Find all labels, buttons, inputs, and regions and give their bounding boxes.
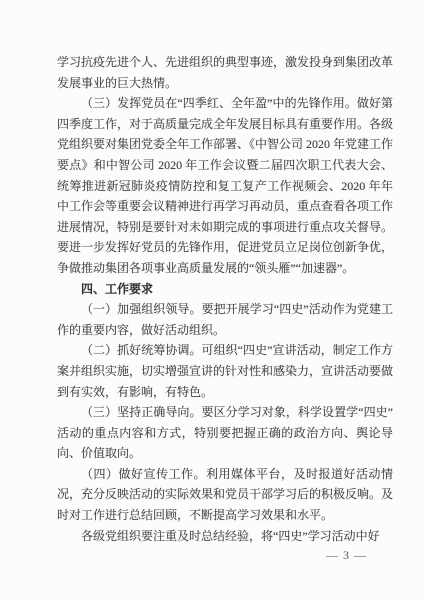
paragraph: 学习抗疫先进个人、先进组织的典型事迹，激发投身到集团改革发展事业的巨大热情。 <box>57 52 393 93</box>
paragraph: （二）抓好统筹协调。可组织“四史”宣讲活动，制定工作方案并组织实施，切实增强宣讲… <box>57 340 393 402</box>
paragraph: （三）坚持正确导向。要区分学习对象，科学设置学“四史”活动的重点内容和方式，特别… <box>57 402 393 464</box>
document-page: 学习抗疫先进个人、先进组织的典型事迹，激发投身到集团改革发展事业的巨大热情。（三… <box>0 0 424 600</box>
paragraph: （三）发挥党员在“四季红、全年盈”中的先锋作用。做好第四季度工作，对于高质量完成… <box>57 93 393 278</box>
document-body: 学习抗疫先进个人、先进组织的典型事迹，激发投身到集团改革发展事业的巨大热情。（三… <box>57 52 393 546</box>
paragraph: 各级党组织要注重及时总结经验，将“四史”学习活动中好 <box>57 526 393 547</box>
paragraph: （一）加强组织领导。要把开展学习“四史”活动作为党建工作的重要内容，做好活动组织… <box>57 299 393 340</box>
page-number: — 3 — <box>326 548 367 562</box>
section-heading: 四、工作要求 <box>57 279 393 300</box>
paragraph: （四）做好宣传工作。利用媒体平台，及时报道好活动情况，充分反映活动的实际效果和党… <box>57 464 393 526</box>
